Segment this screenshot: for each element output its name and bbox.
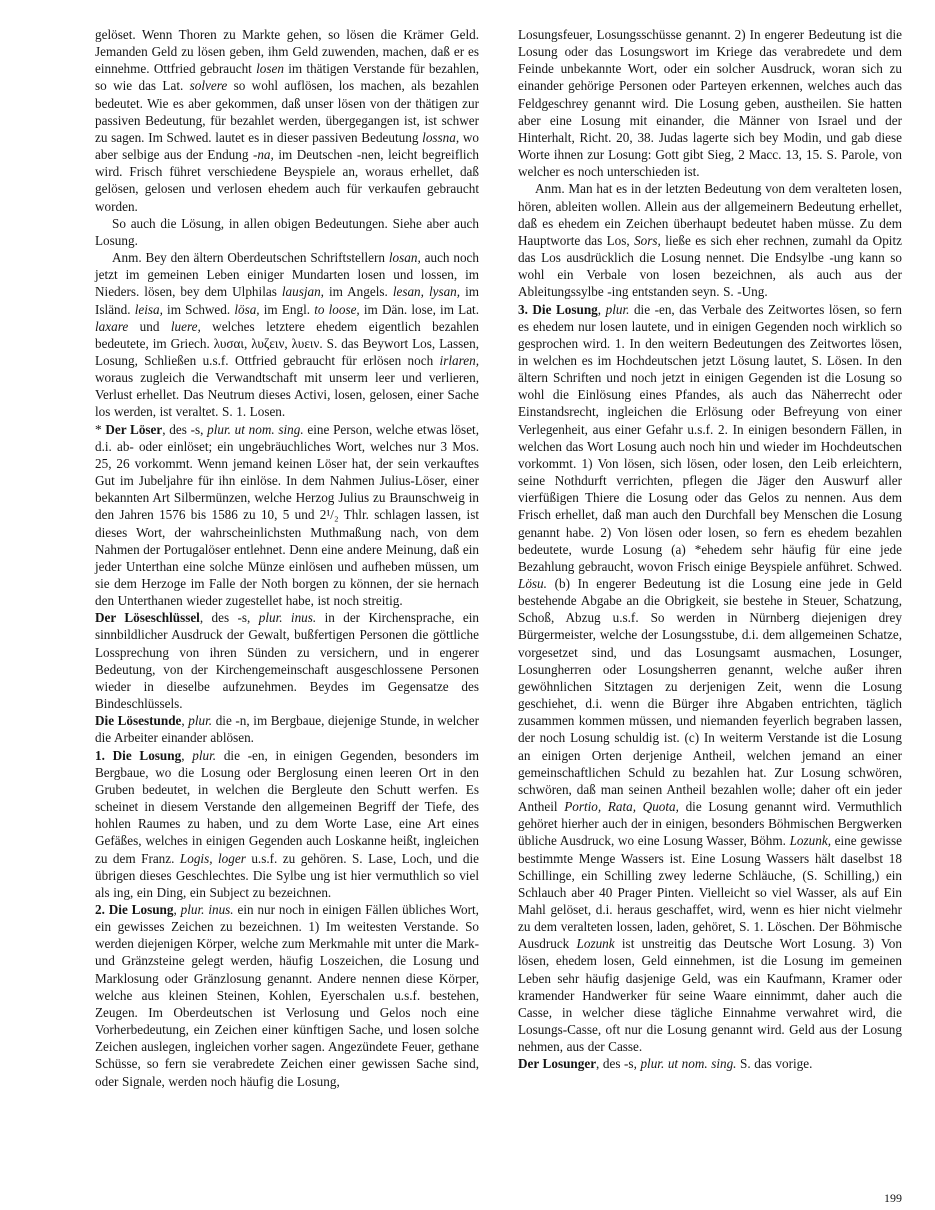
paragraph: Der Losunger, des -s, plur. ut nom. sing… [518,1055,902,1072]
text-run: Sors, [634,233,661,248]
headword: 1. Die Losung [95,748,181,763]
text-run: lesan, lysan, [393,284,460,299]
text-column-right: Losungsfeuer, Losungsschüsse genannt. 2)… [518,26,902,1090]
text-run: plur. ut nom. sing. [640,1056,736,1071]
text-columns: gelöset. Wenn Thoren zu Markte gehen, so… [95,26,903,1090]
text-run: losen [256,61,284,76]
text-run: , [598,302,606,317]
dictionary-page: gelöset. Wenn Thoren zu Markte gehen, so… [0,0,935,1210]
text-run: Anm. Bey den ältern Oberdeutschen Schrif… [112,250,389,265]
text-run: -na, [253,147,274,162]
text-run: und [128,319,171,334]
text-run: eine Person, welche etwas löset, d.i. ab… [95,422,479,609]
text-run: , [181,748,192,763]
text-run: Lozunk [577,936,615,951]
text-run: to loose, [314,302,360,317]
text-run: Lösu. [518,576,547,591]
text-run: in der Kirchensprache, ein sinnbildliche… [95,610,479,711]
text-run: lausjan, [282,284,324,299]
text-run: lösa, [234,302,259,317]
headword: 3. Die Losung [518,302,598,317]
paragraph: Anm. Bey den ältern Oberdeutschen Schrif… [95,249,479,421]
paragraph: Losungsfeuer, Losungsschüsse genannt. 2)… [518,26,902,180]
headword: Die Lösestunde [95,713,181,728]
page-number: 199 [884,1191,902,1205]
text-run: plur. inus. [181,902,234,917]
paragraph: Der Löseschlüssel, des -s, plur. inus. i… [95,609,479,712]
text-run: Losungsfeuer, Losungsschüsse genannt. 2)… [518,27,902,179]
text-run: Logis, loger [180,851,246,866]
text-run: S. das vorige. [736,1056,812,1071]
text-run: , [173,902,180,917]
text-run: , des -s, [200,610,259,625]
text-run: ist unstreitig das Deutsche Wort Losung.… [518,936,902,1054]
text-run: plur. inus. [259,610,316,625]
text-run: im Schwed. [163,302,234,317]
paragraph: * Der Löser, des -s, plur. ut nom. sing.… [95,421,479,610]
text-run: (b) In engerer Bedeutung ist die Losung … [518,576,902,814]
text-run: plur. ut nom. sing. [207,422,304,437]
text-run: woraus zugleich die Verwandtschaft mit u… [95,370,479,419]
text-column-left: gelöset. Wenn Thoren zu Markte gehen, so… [95,26,479,1090]
paragraph: gelöset. Wenn Thoren zu Markte gehen, so… [95,26,479,215]
text-run: plur. [192,748,216,763]
headword: Der Losunger [518,1056,596,1071]
text-run: So auch die Lösung, in allen obigen Bede… [95,216,479,248]
text-run: im Dän. lose, im Lat. [360,302,479,317]
text-run: die -en, in einigen Gegenden, besonders … [95,748,479,866]
paragraph: Die Lösestunde, plur. die -n, im Bergbau… [95,712,479,746]
text-run: eine gewisse bestimmte Menge Wassers ist… [518,833,902,951]
text-run: luere, [171,319,201,334]
paragraph: 2. Die Losung, plur. inus. ein nur noch … [95,901,479,1090]
text-run: Portio, Rata, Quota, [564,799,679,814]
headword: 2. Die Losung [95,902,173,917]
paragraph: 1. Die Losung, plur. die -en, in einigen… [95,747,479,901]
text-run: losan, [389,250,421,265]
text-run: ein nur noch in einigen Fällen übliches … [95,902,479,1089]
text-run: leisa, [135,302,163,317]
paragraph: So auch die Lösung, in allen obigen Bede… [95,215,479,249]
text-run: , des -s, [162,422,207,437]
text-run: plur. [606,302,630,317]
text-run: plur. [188,713,212,728]
paragraph: Anm. Man hat es in der letzten Bedeutung… [518,180,902,300]
text-run: irlaren, [440,353,479,368]
text-run: Lozunk, [790,833,831,848]
headword: Der Löseschlüssel [95,610,200,625]
text-run: im Angels. [324,284,393,299]
text-run: , des -s, [596,1056,640,1071]
text-run: laxare [95,319,128,334]
text-run: solvere [190,78,228,93]
paragraph: 3. Die Losung, plur. die -en, das Verbal… [518,301,902,1056]
text-run: * [95,422,105,437]
text-run: im Engl. [260,302,315,317]
text-run: lossna, [422,130,459,145]
text-run: die -en, das Verbale des Zeitwortes löse… [518,302,902,574]
headword: Der Löser [105,422,162,437]
